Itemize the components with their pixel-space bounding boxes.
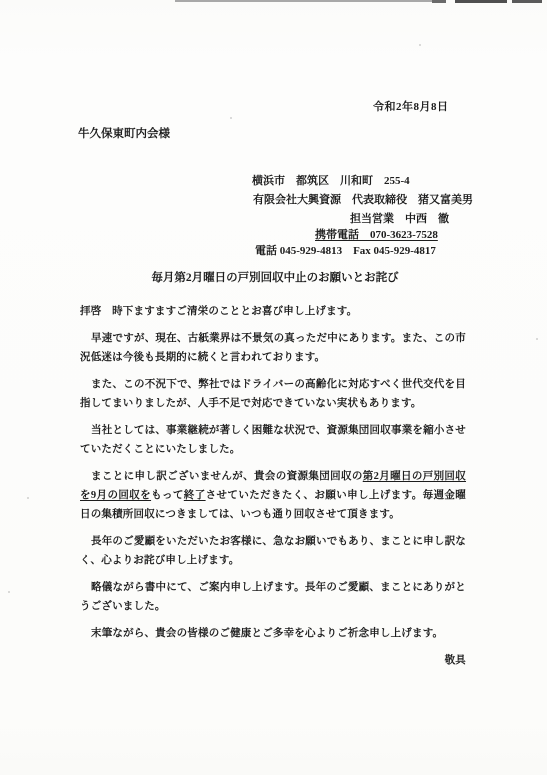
termination-seg1: まことに申し訳ございませんが、貴会の資源集団回収の xyxy=(91,471,363,482)
sender-tel-fax-line: 電話 045-929-4813 Fax 045-929-4817 xyxy=(255,244,436,258)
scan-artifact-top-line xyxy=(175,0,432,2)
salutation-paragraph: 拝啓 時下ますますご清栄のこととお喜び申し上げます。 xyxy=(80,302,466,321)
scanned-letter-page: 令和2年8月8日 牛久保東町内会様 横浜市 都筑区 川和町 255-4 有限会社… xyxy=(0,0,547,775)
paragraph-apology: 長年のご愛顧をいただいたお客様に、急なお願いでもあり、まことに申し訳なく、心より… xyxy=(80,532,466,570)
scan-speck xyxy=(230,117,232,119)
paragraph-well-wishes: 末筆ながら、貴会の皆様のご健康とご多幸を心よりご祈念申し上げます。 xyxy=(80,624,466,643)
sender-staff-line: 担当営業 中西 徹 xyxy=(350,212,449,226)
sender-address-line: 横浜市 都筑区 川和町 255-4 xyxy=(252,174,410,188)
scan-speck xyxy=(27,497,29,499)
scan-artifact-dash xyxy=(512,0,542,3)
scan-speck xyxy=(536,338,538,340)
scan-speck xyxy=(8,591,10,593)
letter-title: 毎月第2月曜日の戸別回収中止のお願いとお詫び xyxy=(80,271,470,286)
addressee: 牛久保東町内会様 xyxy=(78,127,170,142)
paragraph-business-downsizing: 当社としては、事業継続が著しく困難な状況で、資源集団回収事業を縮小させていただく… xyxy=(80,421,466,459)
paragraph-driver-shortage: また、この不況下で、弊社ではドライバーの高齢化に対応すべく世代交代を目指してまい… xyxy=(80,375,466,413)
scan-artifact-dash xyxy=(455,0,507,3)
scan-artifact-dash xyxy=(432,0,446,3)
paragraph-market-condition: 早速ですが、現在、古紙業界は不景気の真っただ中にあります。また、この市況低迷は今… xyxy=(80,329,466,367)
letter-body: 拝啓 時下ますますご清栄のこととお喜び申し上げます。 早速ですが、現在、古紙業界… xyxy=(80,302,466,678)
paragraph-collection-termination: まことに申し訳ございませんが、貴会の資源集団回収の第2月曜日の戸別回収を9月の回… xyxy=(80,467,466,524)
termination-seg4-underlined: 終了 xyxy=(184,490,206,501)
closing-word: 敬具 xyxy=(80,651,466,670)
termination-seg3: もって xyxy=(151,490,184,501)
paragraph-notice-thanks: 略儀ながら書中にて、ご案内申し上げます。長年のご愛顧、まことにありがとうございま… xyxy=(80,578,466,616)
letter-date: 令和2年8月8日 xyxy=(373,100,449,114)
sender-mobile-phone-line: 携帯電話 070-3623-7528 xyxy=(315,228,438,242)
scan-speck xyxy=(419,44,421,46)
sender-company-line: 有限会社大興資源 代表取締役 猪又富美男 xyxy=(253,193,473,207)
